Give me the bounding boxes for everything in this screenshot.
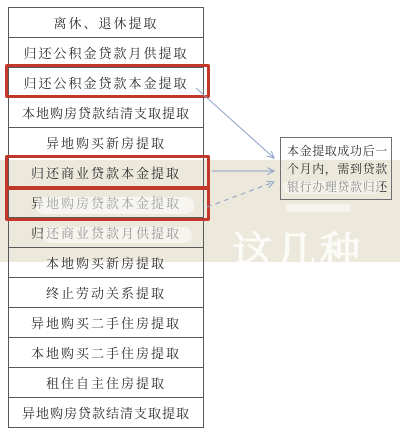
diagram-canvas: 离休、退休提取 归还公积金贷款月供提取 归还公积金贷款本金提取 本地购房贷款结清…	[0, 0, 400, 431]
watermark-smudge	[36, 197, 194, 214]
watermark-smudge	[42, 227, 192, 243]
watermark-smudge	[283, 181, 381, 194]
list-row: 异地购房贷款结清支取提取	[8, 397, 204, 428]
list-row: 终止劳动关系提取	[8, 277, 204, 308]
list-row: 租住自主住房提取	[8, 367, 204, 398]
highlight-box-principal-gjj	[5, 64, 210, 98]
list-row: 本地购买新房提取	[8, 247, 204, 278]
list-row: 本地购买二手住房提取	[8, 337, 204, 368]
list-row: 本地购房贷款结清支取提取	[8, 97, 204, 128]
arrow-from-gjj-principal	[196, 88, 274, 158]
highlight-box-principal-commercial	[5, 155, 210, 189]
list-row: 异地购买新房提取	[8, 127, 204, 158]
watermark-text: 这几种	[232, 220, 364, 277]
list-row: 异地购买二手住房提取	[8, 307, 204, 338]
watermark-smudge	[285, 204, 351, 212]
list-row: 离休、退休提取	[8, 7, 204, 38]
